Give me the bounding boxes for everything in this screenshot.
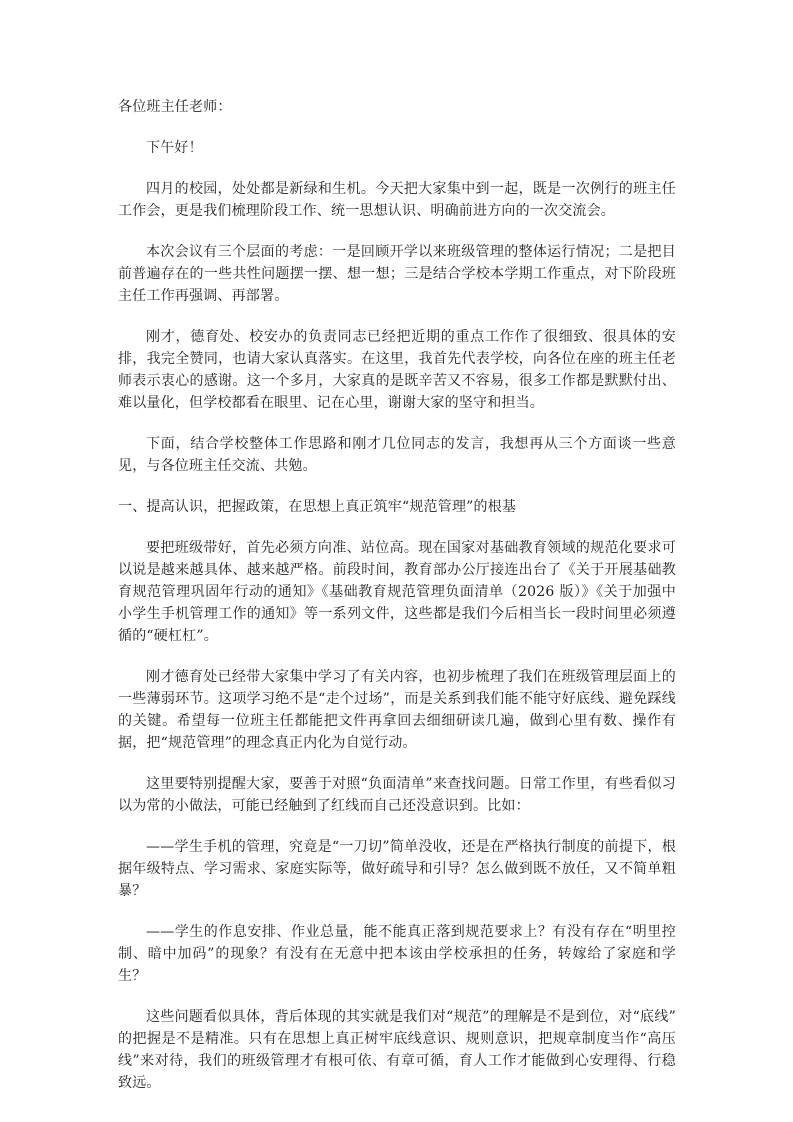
paragraph: ——学生手机的管理，究竟是“一刀切”简单没收，还是在严格执行制度的前提下，根据年… xyxy=(118,836,676,902)
paragraph: 这些问题看似具体，背后体现的其实就是我们对“规范”的理解是不是到位，对“底线”的… xyxy=(118,1006,676,1094)
paragraph: 刚才德育处已经带大家集中学习了有关内容，也初步梳理了我们在班级管理层面上的一些薄… xyxy=(118,666,676,754)
document-content: 各位班主任老师：下午好！四月的校园，处处都是新绿和生机。今天把大家集中到一起，既… xyxy=(118,96,676,1094)
document-page: 各位班主任老师：下午好！四月的校园，处处都是新绿和生机。今天把大家集中到一起，既… xyxy=(0,0,793,1122)
salutation: 各位班主任老师： xyxy=(118,96,676,118)
paragraph: 下午好！ xyxy=(118,137,676,159)
paragraph: 四月的校园，处处都是新绿和生机。今天把大家集中到一起，既是一次例行的班主任工作会… xyxy=(118,178,676,222)
section-heading: 一、提高认识，把握政策，在思想上真正筑牢“规范管理”的根基 xyxy=(118,496,676,518)
paragraph: 本次会议有三个层面的考虑：一是回顾开学以来班级管理的整体运行情况；二是把目前普遍… xyxy=(118,241,676,307)
paragraph: 下面，结合学校整体工作思路和刚才几位同志的发言，我想再从三个方面谈一些意见，与各… xyxy=(118,433,676,477)
paragraph: 这里要特别提醒大家，要善于对照“负面清单”来查找问题。日常工作里，有些看似习以为… xyxy=(118,773,676,817)
paragraph: ——学生的作息安排、作业总量，能不能真正落到规范要求上？有没有存在“明里控制、暗… xyxy=(118,921,676,987)
paragraph: 要把班级带好，首先必须方向准、站位高。现在国家对基础教育领域的规范化要求可以说是… xyxy=(118,537,676,647)
paragraph: 刚才，德育处、校安办的负责同志已经把近期的重点工作作了很细致、很具体的安排，我完… xyxy=(118,326,676,414)
